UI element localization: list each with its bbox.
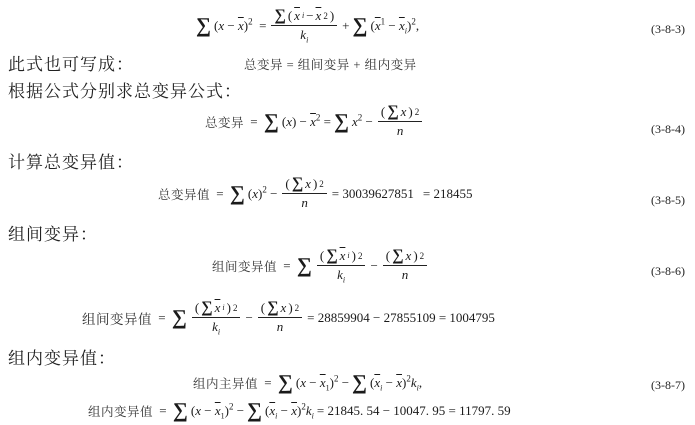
fraction: ∑(xi − x2) ki — [271, 8, 337, 43]
variance-decomposition-formula: 总变异 = 组间变异 + 组内变异 — [244, 55, 417, 73]
between-group-value-equation: 组间变异值 = ∑ (∑ xi)2 ki − (∑x)2 n = 2885990… — [82, 300, 495, 335]
equation-3-8-7: 组内主异值 = ∑ (x − x1)2 − ∑ (xi − x)2ki, — [193, 372, 422, 393]
equation-number: (3-8-7) — [651, 378, 685, 393]
within-group-result: = 21845. 54 − 10047. 95 = 11797. 59 — [317, 403, 511, 419]
fraction: (∑x)2 n — [383, 248, 427, 283]
prose-line-5: 组内变异值： — [8, 344, 116, 369]
prose-line-4: 组间变异： — [8, 220, 98, 245]
within-group-value-equation: 组内变异值 = ∑ (x − x1)2 − ∑ (xi − x)2ki = 21… — [88, 400, 511, 421]
prose-line-2: 根据公式分别求总变异公式： — [8, 77, 242, 102]
equation-number: (3-8-6) — [651, 264, 685, 279]
equation-number: (3-8-5) — [651, 193, 685, 208]
fraction: (∑ xi)2 ki — [192, 300, 241, 335]
prose-line-1: 此式也可写成： — [8, 50, 134, 75]
fraction: (∑x)2 n — [258, 300, 302, 335]
between-group-result: = 28859904 − 27855109 = 1004795 — [307, 310, 495, 326]
fraction: (∑x)2 n — [282, 176, 326, 211]
total-variance-value: = 218455 — [423, 186, 473, 202]
equation-number: (3-8-3) — [651, 22, 685, 37]
equation-3-8-4: 总变异 = ∑ (x) − x2 = ∑ x2 − (∑x)2 n — [205, 104, 424, 139]
total-variance-raw: = 30039627851 — [332, 186, 414, 202]
equation-3-8-6: 组间变异值 = ∑ (∑ xi)2 ki − (∑x)2 n — [212, 248, 429, 283]
fraction: (∑x)2 n — [378, 104, 422, 139]
prose-line-3: 计算总变异值： — [8, 148, 134, 173]
fraction: (∑ xi)2 ki — [317, 248, 366, 283]
equation-3-8-5: 总变异值 = ∑ (x)2 − (∑x)2 n = 30039627851 = … — [158, 176, 472, 211]
eq-3-8-3-lhs: (x − x)2 = — [214, 18, 266, 34]
equation-number: (3-8-4) — [651, 122, 685, 137]
equation-3-8-3: ∑ (x − x)2 = ∑(xi − x2) ki + ∑ (x1 − xi)… — [196, 8, 419, 43]
sigma-symbol: ∑ — [196, 15, 211, 36]
